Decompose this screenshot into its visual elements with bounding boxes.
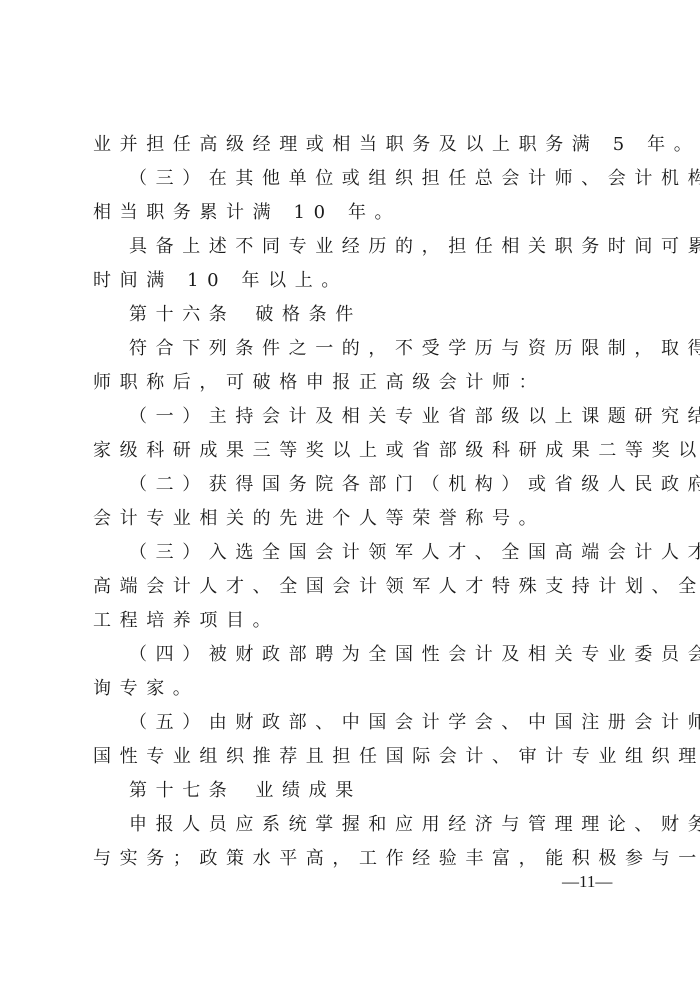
- list-item-3: （三）入选全国会计领军人才、全国高端会计人才、国际化: [93, 536, 623, 570]
- document-body: 业并担任高级经理或相当职务及以上职务满 5 年。 （三）在其他单位或组织担任总会…: [93, 128, 623, 876]
- paragraph-line: 时间满 10 年以上。: [93, 264, 623, 298]
- list-item-3-cont: 高端会计人才、全国会计领军人才特殊支持计划、全国会计名家: [93, 570, 623, 604]
- list-item-5-cont: 国性专业组织推荐且担任国际会计、审计专业组织理事、委员。: [93, 740, 623, 774]
- article-title: 业绩成果: [255, 780, 361, 801]
- list-item-3-cont: 工程培养项目。: [93, 604, 623, 638]
- list-item-1-cont: 家级科研成果三等奖以上或省部级科研成果二等奖以上。: [93, 434, 623, 468]
- list-item-4-cont: 询专家。: [93, 672, 623, 706]
- list-item-1: （一）主持会计及相关专业省部级以上课题研究结项且获国: [93, 400, 623, 434]
- paragraph-line: 符合下列条件之一的，不受学历与资历限制，取得高级会计: [93, 332, 623, 366]
- page-number: —11—: [562, 872, 612, 892]
- list-item-2-cont: 会计专业相关的先进个人等荣誉称号。: [93, 502, 623, 536]
- article-16-heading: 第十六条破格条件: [93, 298, 623, 332]
- paragraph-line: 相当职务累计满 10 年。: [93, 196, 623, 230]
- paragraph-line: 申报人员应系统掌握和应用经济与管理理论、财务会计理论: [93, 808, 623, 842]
- paragraph-line: 业并担任高级经理或相当职务及以上职务满 5 年。: [93, 128, 623, 162]
- paragraph-line: 具备上述不同专业经历的，担任相关职务时间可累加，累计: [93, 230, 623, 264]
- list-item-5: （五）由财政部、中国会计学会、中国注册会计师协会等全: [93, 706, 623, 740]
- list-item-2: （二）获得国务院各部门（机构）或省级人民政府表彰的与: [93, 468, 623, 502]
- document-page: 业并担任高级经理或相当职务及以上职务满 5 年。 （三）在其他单位或组织担任总会…: [0, 0, 700, 990]
- paragraph-line: （三）在其他单位或组织担任总会计师、会计机构负责人或: [93, 162, 623, 196]
- article-title: 破格条件: [255, 304, 361, 325]
- list-item-4: （四）被财政部聘为全国性会计及相关专业委员会委员或咨: [93, 638, 623, 672]
- paragraph-line: 师职称后，可破格申报正高级会计师：: [93, 366, 623, 400]
- article-number: 第十七条: [129, 780, 235, 801]
- paragraph-line: 与实务；政策水平高，工作经验丰富，能积极参与一个单位的生: [93, 842, 623, 876]
- article-17-heading: 第十七条业绩成果: [93, 774, 623, 808]
- article-number: 第十六条: [129, 304, 235, 325]
